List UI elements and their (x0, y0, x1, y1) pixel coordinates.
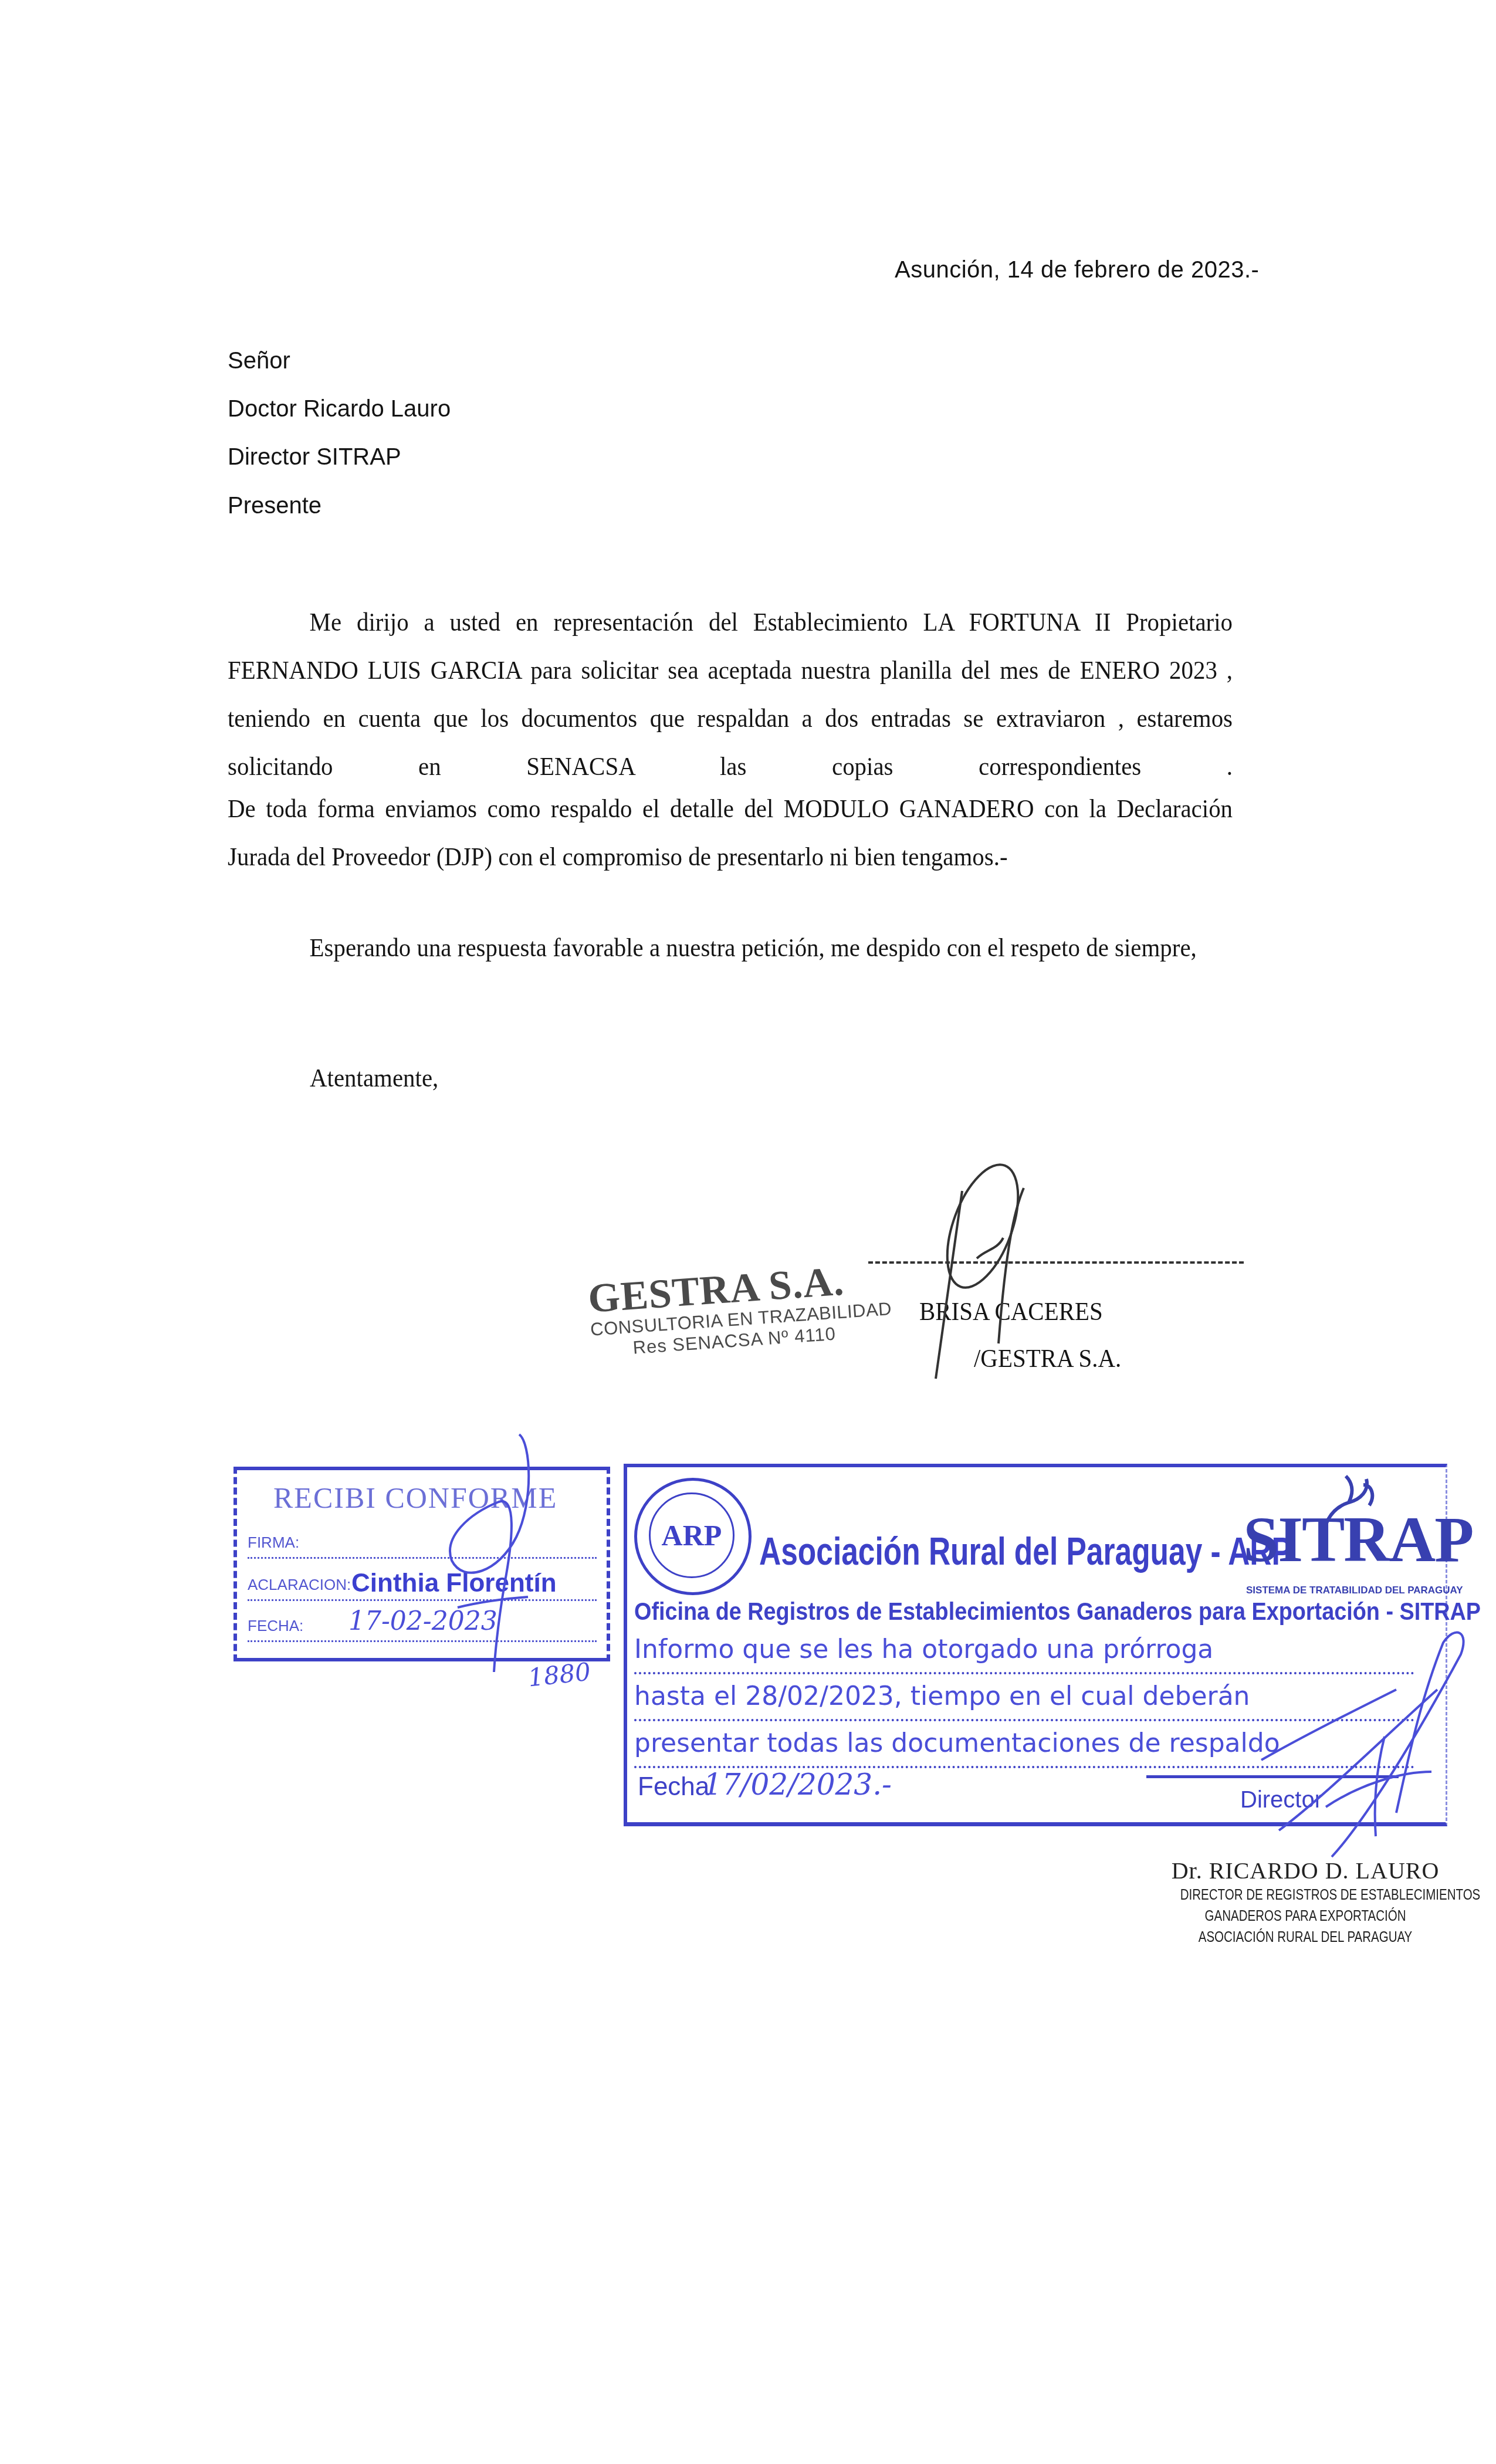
arp-director-label: Director (1240, 1787, 1322, 1813)
signature-line (868, 1261, 1244, 1264)
arp-stamp-title: Asociación Rural del Paraguay - ARP (759, 1529, 1292, 1573)
arp-seal-text: ARP (649, 1492, 735, 1578)
receipt-stamp: RECIBI CONFORME FIRMA: ACLARACION: Cinth… (233, 1467, 610, 1661)
director-signature-line (1146, 1775, 1399, 1778)
receipt-aclaracion-value: Cinthia Florentín (351, 1569, 557, 1598)
handwritten-registration-number: 1880 (527, 1657, 592, 1693)
receipt-fecha-label: FECHA: (248, 1617, 303, 1634)
sitrap-logo-subtitle: SISTEMA DE TRATABILIDAD DEL PARAGUAY (1246, 1585, 1463, 1596)
director-title-line-1: DIRECTOR DE REGISTROS DE ESTABLECIMIENTO… (1180, 1884, 1430, 1905)
receipt-aclaracion-label: ACLARACION: (248, 1576, 351, 1593)
handwritten-note-line-2: hasta el 28/02/2023, tiempo en el cual d… (634, 1681, 1414, 1721)
company-stamp: GESTRA S.A. CONSULTORIA EN TRAZABILIDAD … (587, 1255, 894, 1362)
signatures-overlay (0, 0, 1496, 2464)
handwritten-note-line-1: Informo que se les ha otorgado una prórr… (634, 1634, 1414, 1674)
closing-atentamente: Atentamente, (310, 1063, 438, 1093)
body-paragraph-request: Me dirijo a usted en representación del … (228, 598, 1233, 791)
receipt-stamp-title: RECIBI CONFORME (273, 1481, 557, 1515)
handwritten-note-line-3: presentar todas las documentaciones de r… (634, 1728, 1414, 1768)
sitrap-logo: SITRAP (1243, 1502, 1473, 1577)
recipient-presente: Presente (228, 493, 321, 519)
receipt-firma-label: FIRMA: (248, 1534, 299, 1551)
recipient-name: Doctor Ricardo Lauro (228, 396, 451, 422)
arp-fecha-value: 17/02/2023.- (703, 1768, 892, 1802)
letter-date: Asunción, 14 de febrero de 2023.- (895, 257, 1259, 283)
receipt-fecha-value: 17-02-2023 (348, 1606, 497, 1636)
arp-office-line: Oficina de Registros de Establecimientos… (634, 1597, 1481, 1626)
arp-fecha-label: Fecha (638, 1772, 709, 1802)
recipient-salutation: Señor (228, 348, 290, 374)
body-paragraph-closing: Esperando una respuesta favorable a nues… (228, 924, 1233, 972)
signer-company: /GESTRA S.A. (974, 1343, 1121, 1373)
director-stamp: Dr. RICARDO D. LAURO DIRECTOR DE REGISTR… (1153, 1857, 1458, 1948)
receipt-firma-row: FIRMA: (248, 1534, 597, 1559)
recipient-title: Director SITRAP (228, 444, 401, 471)
director-title-line-3: ASOCIACIÓN RURAL DEL PARAGUAY (1180, 1927, 1430, 1948)
signer-name: BRISA CACERES (919, 1297, 1103, 1326)
director-title-line-2: GANADEROS PARA EXPORTACIÓN (1180, 1905, 1430, 1927)
arp-seal-icon: ARP (634, 1478, 752, 1595)
body-paragraph-support: De toda forma enviamos como respaldo el … (228, 785, 1233, 881)
director-name: Dr. RICARDO D. LAURO (1153, 1857, 1458, 1884)
arp-sitrap-stamp: ARP Asociación Rural del Paraguay - ARP … (624, 1464, 1447, 1826)
